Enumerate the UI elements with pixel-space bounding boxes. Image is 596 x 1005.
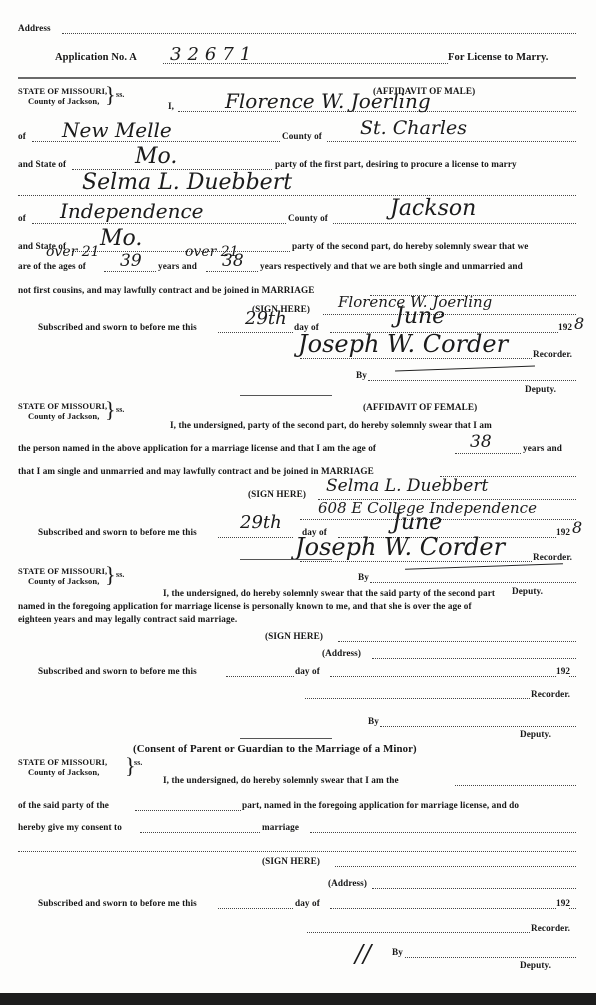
bride-of-label: of xyxy=(18,213,26,223)
male-deputy-field xyxy=(368,380,576,381)
male-sworn-text: Subscribed and sworn to before me this xyxy=(38,322,197,332)
consent-marriage-label: marriage xyxy=(262,822,299,832)
age-female-field xyxy=(206,271,258,272)
witness-year-prefix: 192 xyxy=(556,666,570,676)
brace: } xyxy=(105,84,116,106)
consent-year-prefix: 192 xyxy=(556,898,570,908)
male-town: New Melle xyxy=(62,118,172,142)
consent-heading: (Consent of Parent or Guardian to the Ma… xyxy=(133,743,417,755)
male-first-part-text: party of the first part, desiring to pro… xyxy=(275,159,517,169)
witness-sworn-text: Subscribed and sworn to before me this xyxy=(38,666,197,676)
age-male-field xyxy=(104,271,156,272)
female-signature: Selma L. Duebbert xyxy=(326,476,488,496)
ages-prefix: are of the ages of xyxy=(18,261,86,271)
female-recorder-signature: Joseph W. Corder xyxy=(295,533,505,561)
bride-county-label: County of xyxy=(288,213,328,223)
brace: } xyxy=(105,564,116,586)
consent-sworn-text: Subscribed and sworn to before me this xyxy=(38,898,197,908)
female-day-field xyxy=(218,537,293,538)
consent-part-field xyxy=(135,810,241,811)
section-divider xyxy=(240,559,332,560)
male-state: Mo. xyxy=(135,144,177,169)
consent-venue-ss: ss. xyxy=(134,758,143,767)
license-label: For License to Marry. xyxy=(448,52,548,63)
bride-state: Mo. xyxy=(100,226,142,251)
consent-year-field xyxy=(569,908,576,909)
consent-extra-field xyxy=(18,851,576,852)
consent-by-label: By xyxy=(392,947,403,957)
ages-suffix: years respectively and that we are both … xyxy=(260,261,523,271)
witness-venue-county: County of Jackson, xyxy=(28,576,99,586)
witness-venue-ss: ss. xyxy=(116,570,125,579)
application-number: 32671 xyxy=(170,44,257,65)
male-recorder-signature: Joseph W. Corder xyxy=(298,330,508,358)
female-line-2-suffix: years and xyxy=(523,443,562,453)
bride-name-field xyxy=(18,195,576,196)
witness-line-3: eighteen years and may legally contract … xyxy=(18,614,237,624)
years-and-label: years and xyxy=(158,261,197,271)
witness-address-label: (Address) xyxy=(322,648,361,658)
male-second-part-text: party of the second part, do hereby sole… xyxy=(292,241,528,251)
witness-recorder-field xyxy=(305,698,530,699)
consent-relation-field xyxy=(455,785,576,786)
male-deputy-stroke xyxy=(395,366,535,372)
female-venue-county: County of Jackson, xyxy=(28,411,99,421)
witness-year-field xyxy=(569,676,576,677)
consent-month-field xyxy=(330,908,556,909)
witness-recorder-label: Recorder. xyxy=(531,689,570,699)
bride-town: Independence xyxy=(60,199,204,223)
consent-line-3: hereby give my consent to xyxy=(18,822,122,832)
female-recorder-label: Recorder. xyxy=(533,552,572,562)
male-deputy-label: Deputy. xyxy=(525,384,556,394)
consent-venue-county: County of Jackson, xyxy=(28,767,99,777)
male-state-label: and State of xyxy=(18,159,66,169)
witness-deputy-field xyxy=(380,726,576,727)
female-line-1: I, the undersigned, party of the second … xyxy=(170,420,492,430)
male-day-field xyxy=(218,332,293,333)
bride-state-field xyxy=(72,251,290,252)
consent-line-2-suffix: part, named in the foregoing application… xyxy=(242,800,519,810)
male-of-label: of xyxy=(18,131,26,141)
female-age: 38 xyxy=(470,432,492,452)
male-recorder-field xyxy=(300,358,532,359)
section-divider xyxy=(240,738,332,739)
male-county: St. Charles xyxy=(360,117,467,139)
consent-day-field xyxy=(218,908,293,909)
over-21-note-male: over 21 xyxy=(46,244,100,260)
male-county-label: County of xyxy=(282,131,322,141)
witness-day-field xyxy=(226,676,294,677)
consent-deputy-label: Deputy. xyxy=(520,960,551,970)
consent-line-2: of the said party of the xyxy=(18,800,109,810)
consent-line-1: I, the undersigned, do hereby solemnly s… xyxy=(163,775,399,785)
consent-recorder-field xyxy=(307,932,530,933)
male-day: 29th xyxy=(245,308,287,329)
consent-person-field xyxy=(140,832,260,833)
brace: } xyxy=(105,399,116,421)
age-female: 38 xyxy=(222,251,244,271)
witness-deputy-label: Deputy. xyxy=(520,729,551,739)
female-by-label: By xyxy=(358,572,369,582)
consent-address-label: (Address) xyxy=(328,878,367,888)
male-recorder-label: Recorder. xyxy=(533,349,572,359)
female-line-2: the person named in the above applicatio… xyxy=(18,443,376,453)
application-label: Application No. A xyxy=(55,52,137,63)
consent-deputy-field xyxy=(405,957,576,958)
address-label: Address xyxy=(18,23,51,33)
bride-county: Jackson xyxy=(390,196,476,221)
male-name: Florence W. Joerling xyxy=(225,89,431,113)
male-year-prefix: 192 xyxy=(558,322,572,332)
female-venue-ss: ss. xyxy=(116,405,125,414)
female-month: June xyxy=(392,510,442,535)
scan-edge xyxy=(0,993,596,1005)
section-divider xyxy=(240,395,332,396)
cousins-text: not first cousins, and may lawfully cont… xyxy=(18,285,314,295)
consent-marriage-field xyxy=(310,832,576,833)
female-year-suffix: 8 xyxy=(572,518,582,537)
consent-address-field xyxy=(372,888,576,889)
margin-mark: // xyxy=(355,940,371,968)
female-deputy-label: Deputy. xyxy=(512,586,543,596)
consent-day-of-label: day of xyxy=(295,898,320,908)
female-age-field xyxy=(455,453,521,454)
witness-by-label: By xyxy=(368,716,379,726)
marriage-license-application: Address Application No. A 32671 For Lice… xyxy=(0,0,596,1005)
consent-venue-state: STATE OF MISSOURI, xyxy=(18,757,107,767)
venue-ss: ss. xyxy=(116,90,125,99)
header-divider xyxy=(18,77,576,79)
female-day: 29th xyxy=(240,512,282,533)
consent-sign-label: (SIGN HERE) xyxy=(262,856,320,866)
female-sworn-text: Subscribed and sworn to before me this xyxy=(38,527,197,537)
female-affidavit-heading: (AFFIDAVIT OF FEMALE) xyxy=(363,402,477,412)
female-venue-state: STATE OF MISSOURI, xyxy=(18,401,107,411)
female-deputy-stroke xyxy=(405,563,563,570)
female-deputy-field xyxy=(370,582,576,583)
witness-signature-field xyxy=(338,641,576,642)
female-year-prefix: 192 xyxy=(556,527,570,537)
venue-state: STATE OF MISSOURI, xyxy=(18,86,107,96)
male-month: June xyxy=(395,304,445,329)
female-sign-label: (SIGN HERE) xyxy=(248,489,306,499)
male-i-label: I, xyxy=(168,101,174,111)
male-county-field xyxy=(327,141,576,142)
witness-line-1: I, the undersigned, do hereby solemnly s… xyxy=(163,588,495,598)
witness-address-field xyxy=(372,658,576,659)
address-field xyxy=(62,33,576,34)
venue-county: County of Jackson, xyxy=(28,96,99,106)
age-male: 39 xyxy=(120,251,142,271)
male-by-label: By xyxy=(356,370,367,380)
female-recorder-field xyxy=(300,561,532,562)
witness-month-field xyxy=(330,676,556,677)
male-signature-field xyxy=(323,314,576,315)
witness-line-2: named in the foregoing application for m… xyxy=(18,601,472,611)
bride-town-field xyxy=(32,223,286,224)
consent-recorder-label: Recorder. xyxy=(531,923,570,933)
male-year-suffix: 8 xyxy=(574,314,584,333)
witness-sign-label: (SIGN HERE) xyxy=(265,631,323,641)
bride-county-field xyxy=(333,223,576,224)
consent-signature-field xyxy=(335,866,576,867)
female-line-3: that I am single and unmarried and may l… xyxy=(18,466,374,476)
bride-name: Selma L. Duebbert xyxy=(82,170,292,195)
witness-venue-state: STATE OF MISSOURI, xyxy=(18,566,107,576)
witness-day-of-label: day of xyxy=(295,666,320,676)
